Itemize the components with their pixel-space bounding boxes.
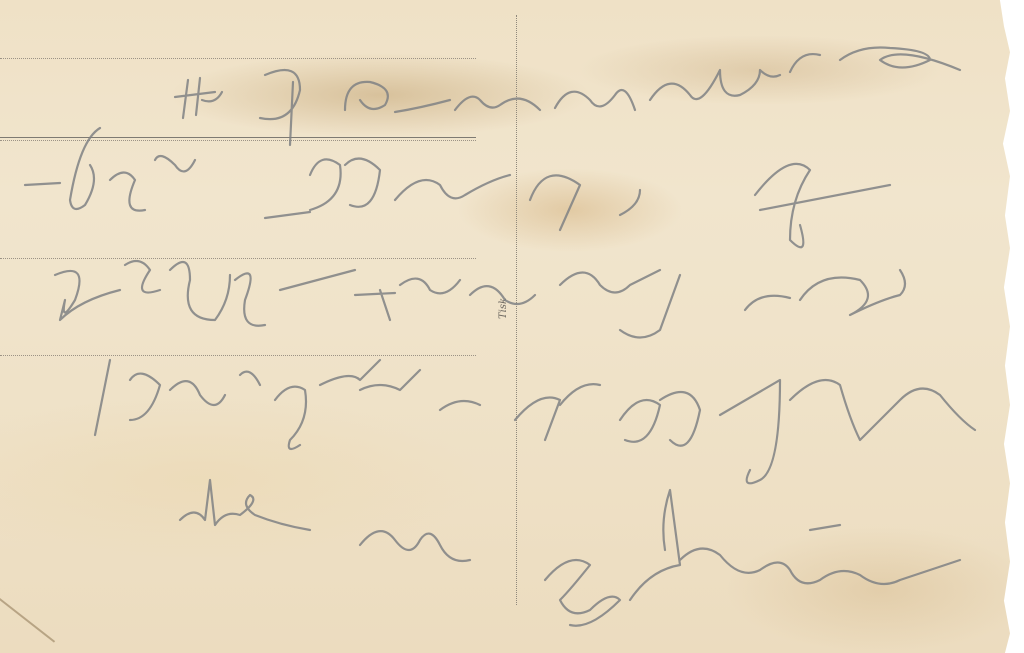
handwriting-line-3 [55,261,905,338]
handwriting-line-5 [180,480,960,626]
handwriting-strokes [0,0,1024,653]
handwriting-line-1 [175,48,960,146]
handwriting-line-2 [25,128,890,247]
handwriting-line-4 [95,360,975,483]
